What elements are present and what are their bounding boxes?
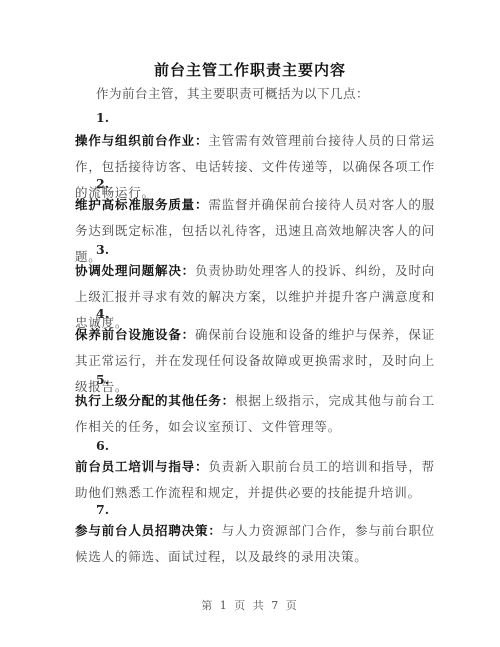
item-number: 2.	[96, 176, 109, 191]
item-number: 7.	[96, 502, 109, 517]
list-item: 执行上级分配的其他任务：根据上级指示，完成其他与前台工作相关的任务，如会议室预订…	[75, 388, 435, 440]
item-heading: 维护高标准服务质量：	[75, 197, 208, 212]
item-number: 3.	[96, 242, 109, 257]
document-title: 前台主管工作职责主要内容	[0, 59, 500, 80]
item-heading: 执行上级分配的其他任务：	[75, 393, 235, 408]
item-heading: 协调处理问题解决：	[75, 263, 195, 278]
item-number: 5.	[96, 372, 109, 387]
list-item: 参与前台人员招聘决策：与人力资源部门合作，参与前台职位候选人的筛选、面试过程，以…	[75, 518, 435, 570]
item-heading: 保养前台设施设备：	[75, 327, 195, 342]
item-heading: 前台员工培训与指导：	[75, 459, 208, 474]
intro-text: 作为前台主管，其主要职责可概括为以下几点：	[96, 84, 369, 102]
item-heading: 操作与组织前台作业：	[75, 133, 208, 148]
item-number: 1.	[96, 110, 109, 125]
list-item: 前台员工培训与指导：负责新入职前台员工的培训和指导，帮助他们熟悉工作流程和规定，…	[75, 454, 435, 506]
item-heading: 参与前台人员招聘决策：	[75, 523, 222, 538]
item-number: 6.	[96, 438, 109, 453]
item-number: 4.	[96, 306, 109, 321]
page-footer: 第 1 页 共 7 页	[0, 597, 500, 613]
